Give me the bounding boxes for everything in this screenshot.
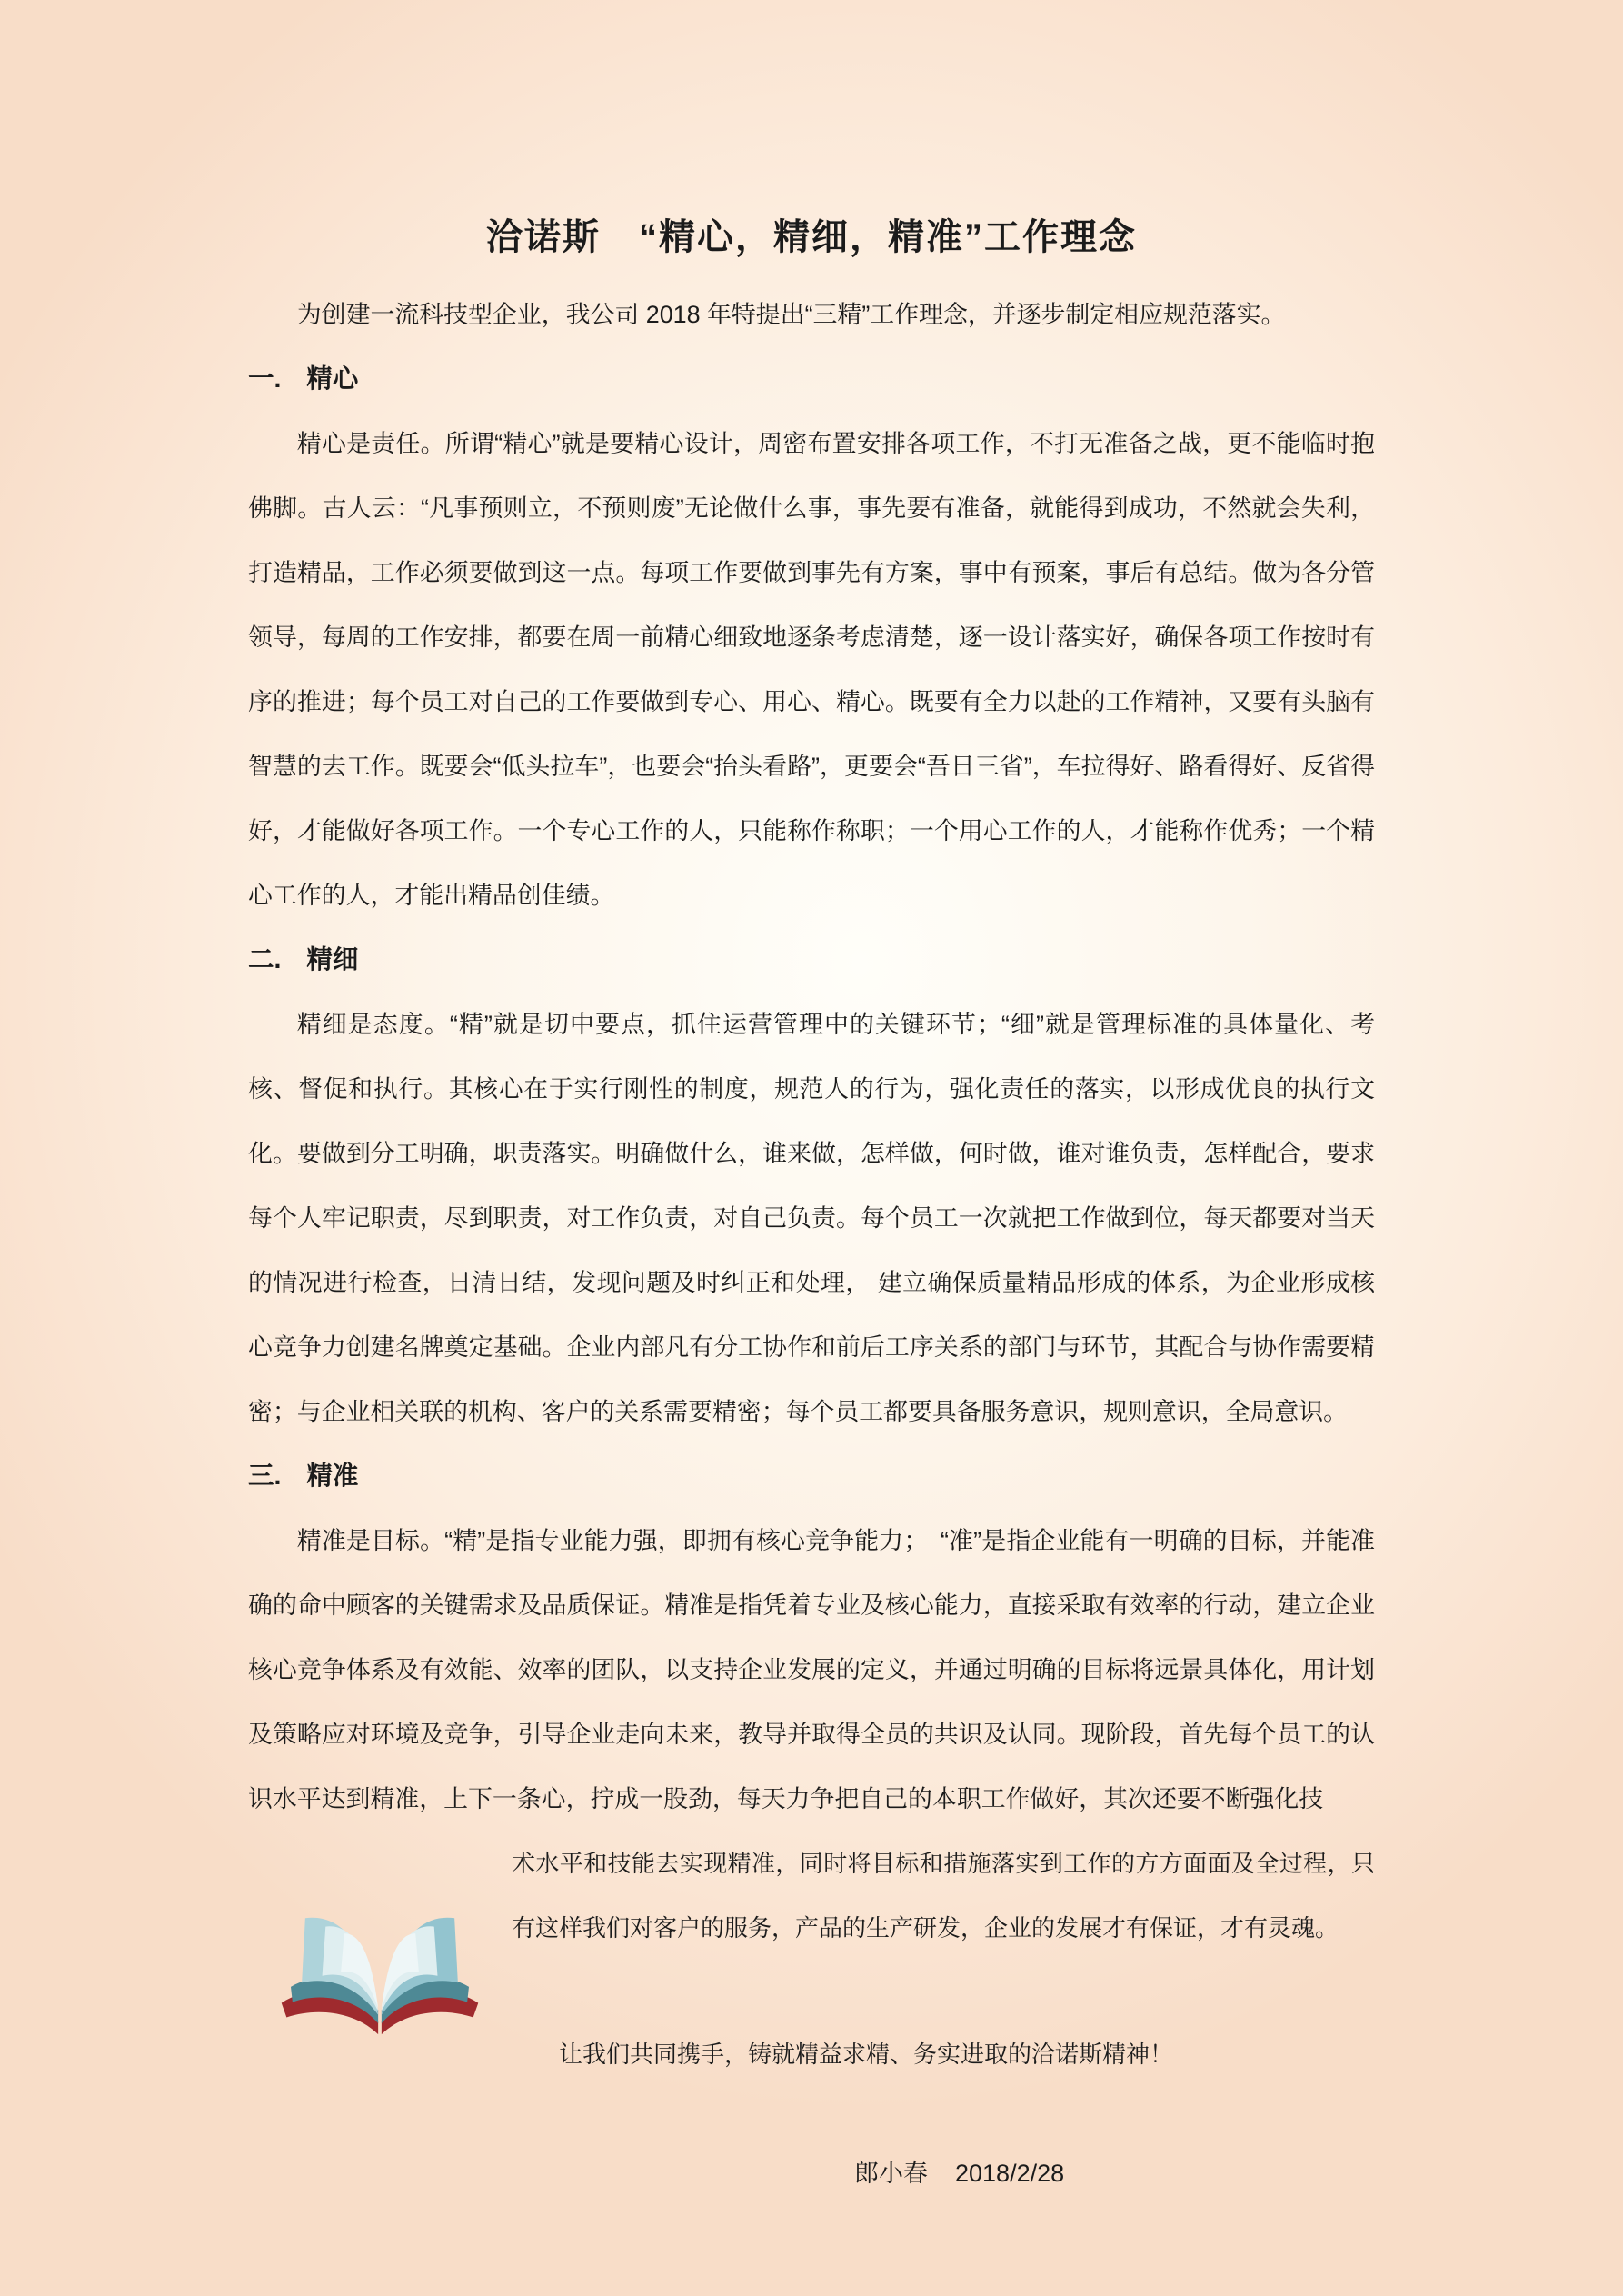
- signature-name: 郎小春: [854, 2160, 928, 2187]
- signature-date: 2018/2/28: [955, 2160, 1064, 2187]
- section-number-3: 三.: [248, 1462, 281, 1491]
- document-page: 洽诺斯 “精心，精细，精准”工作理念 为创建一流科技型企业，我公司 2018 年…: [0, 0, 1623, 2296]
- section-body-2: 精细是态度。“精”就是切中要点，抓住运营管理中的关键环节；“细”就是管理标准的具…: [248, 993, 1375, 1444]
- section-name-1: 精心: [306, 364, 358, 394]
- section-body-1: 精心是责任。所谓“精心”就是要精心设计，周密布置安排各项工作，不打无准备之战，更…: [248, 412, 1375, 928]
- signature-line: 郎小春2018/2/28: [248, 2141, 1375, 2206]
- section-number-2: 二.: [248, 945, 281, 974]
- section-heading-3: 三.精准: [248, 1444, 1375, 1509]
- section-heading-2: 二.精细: [248, 928, 1375, 993]
- section-name-3: 精准: [306, 1462, 358, 1491]
- section-name-2: 精细: [306, 945, 358, 974]
- document-content: 洽诺斯 “精心，精细，精准”工作理念 为创建一流科技型企业，我公司 2018 年…: [248, 0, 1375, 2206]
- section-number-1: 一.: [248, 364, 281, 394]
- section-heading-1: 一.精心: [248, 347, 1375, 412]
- page-title: 洽诺斯 “精心，精细，精准”工作理念: [248, 214, 1375, 261]
- ending-block: 术水平和技能去实现精准，同时将目标和措施落实到工作的方方面面及全过程，只有这样我…: [248, 1832, 1375, 2087]
- section-body-3: 精准是目标。“精”是指专业能力强，即拥有核心竞争能力； “准”是指企业能有一明确…: [248, 1509, 1375, 1832]
- open-book-icon: [278, 1875, 482, 2044]
- intro-paragraph: 为创建一流科技型企业，我公司 2018 年特提出“三精”工作理念，并逐步制定相应…: [248, 283, 1375, 347]
